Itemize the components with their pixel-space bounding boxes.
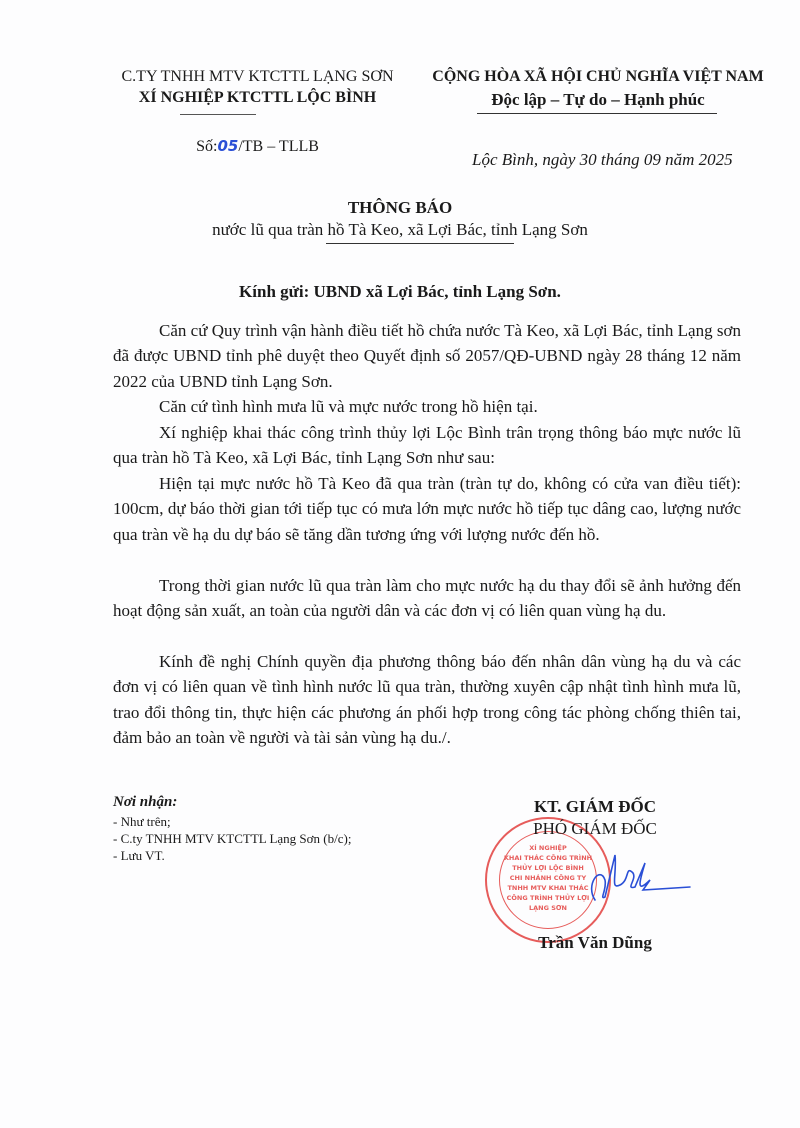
recipient-item: - Như trên; <box>113 813 171 830</box>
body-paragraph: Xí nghiệp khai thác công trình thủy lợi … <box>113 420 741 471</box>
document-page: { "header": { "org_parent": "C.TY TNHH M… <box>0 0 800 1128</box>
body-paragraph: Kính đề nghị Chính quyền địa phương thôn… <box>113 649 741 751</box>
body-paragraph: Hiện tại mực nước hồ Tà Keo đã qua tràn … <box>113 471 741 547</box>
header-left-divider <box>180 114 256 115</box>
country-name: CỘNG HÒA XÃ HỘI CHỦ NGHĨA VIỆT NAM <box>418 68 778 86</box>
signature-authority: KT. GIÁM ĐỐC <box>470 797 720 817</box>
parent-organization: C.TY TNHH MTV KTCTTL LẠNG SƠN <box>105 68 410 86</box>
body-paragraph: Căn cứ Quy trình vận hành điều tiết hồ c… <box>113 318 741 394</box>
motto-underline <box>477 113 717 114</box>
title-underline <box>326 243 514 244</box>
doc-number-handwritten: 05 <box>217 137 238 155</box>
document-subtitle: nước lũ qua tràn hồ Tà Keo, xã Lợi Bác, … <box>0 220 800 240</box>
organization-name: XÍ NGHIỆP KTCTTL LỘC BÌNH <box>105 89 410 107</box>
national-motto: Độc lập – Tự do – Hạnh phúc <box>418 90 778 110</box>
doc-number-suffix: /TB – TLLB <box>238 138 319 155</box>
document-number: Số:05/TB – TLLB <box>105 137 410 156</box>
recipients-heading: Nơi nhận: <box>113 794 177 811</box>
document-title: THÔNG BÁO <box>0 198 800 218</box>
doc-number-prefix: Số: <box>196 138 217 155</box>
body-paragraph: Trong thời gian nước lũ qua tràn làm cho… <box>113 573 741 624</box>
signer-name: Trần Văn Dũng <box>470 933 720 953</box>
recipient-item: - Lưu VT. <box>113 847 165 864</box>
place-and-date: Lộc Bình, ngày 30 tháng 09 năm 2025 <box>472 150 733 170</box>
signature-position: PHÓ GIÁM ĐỐC <box>470 819 720 839</box>
body-paragraph: Căn cứ tình hình mưa lũ và mực nước tron… <box>113 394 741 419</box>
recipient-item: - C.ty TNHH MTV KTCTTL Lạng Sơn (b/c); <box>113 830 351 847</box>
addressee: Kính gửi: UBND xã Lợi Bác, tỉnh Lạng Sơn… <box>0 282 800 302</box>
handwritten-signature-icon <box>575 845 695 910</box>
